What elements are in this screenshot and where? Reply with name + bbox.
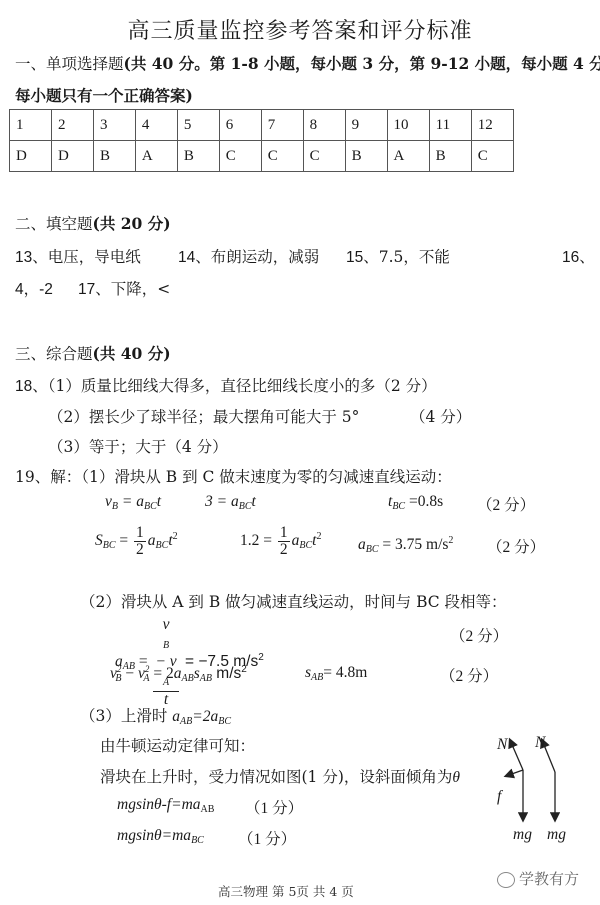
section1-heading-prefix: 一、单项选择题 (15, 55, 124, 73)
eq-symbol: a (148, 532, 156, 549)
answer-cell: D (51, 141, 93, 172)
question-number: 2 (51, 110, 93, 141)
answer-cell: B (177, 141, 219, 172)
eq-symbol: S (95, 532, 103, 549)
fill-item-16-number: 16、 (562, 245, 595, 267)
section1-heading: 一、单项选择题(共 40 分。第 1-8 小题，每小题 3 分，第 9-12 小… (15, 52, 600, 74)
q19-part3: （3）上滑时 aAB=2aBC (80, 704, 231, 727)
wechat-icon (497, 872, 515, 888)
item-answer: 电压，导电纸 (48, 248, 141, 266)
question-number: 4 (135, 110, 177, 141)
question-number: 7 (261, 110, 303, 141)
question-number: 11 (429, 110, 471, 141)
force-diagram: N N f mg mg (480, 730, 590, 845)
eq-symbol: v (155, 617, 176, 633)
eq-value: = 4.8m (323, 664, 367, 681)
q19-p1-score2: （2 分） (487, 535, 545, 557)
force-text: 滑块在上升时，受力情况如图(1 分)，设斜面倾角为 (100, 768, 452, 786)
q19-eq1: mgsinθ-f=maAB (117, 796, 214, 815)
fraction-denominator: 2 (278, 542, 290, 558)
gravity-label: mg (513, 826, 532, 844)
q19-eq-tbc: tBC =0.8s (388, 493, 443, 512)
eq-sub: BC (103, 540, 116, 551)
eq-sub: BC (218, 716, 231, 727)
answer-table: 1 2 3 4 5 6 7 8 9 10 11 12 D D B A B C C… (9, 109, 514, 172)
eq-symbol: = a (118, 493, 144, 510)
section2-heading: 二、填空题(共 20 分) (15, 212, 171, 234)
q18-part2: （2）摆长少了球半径；最大摆角可能大于 5° (48, 405, 359, 427)
question-number: 10 (387, 110, 429, 141)
eq-symbol: t (252, 493, 256, 510)
friction-label: f (497, 788, 501, 806)
item-answer: 布朗运动，减弱 (211, 248, 320, 266)
eq-sub: B (163, 640, 169, 651)
eq-operator: = (116, 532, 133, 549)
fraction-numerator: 1 (134, 525, 146, 542)
eq-sup: 2 (316, 531, 321, 542)
q18-part3: （3）等于；大于（4 分） (48, 435, 228, 457)
q19-intro: 19、解：（1）滑块从 B 到 C 做末速度为零的匀减速直线运动： (15, 465, 452, 487)
question-number: 3 (93, 110, 135, 141)
fraction-half: 12 (278, 525, 290, 558)
eq-sup: 2 (173, 531, 178, 542)
question-number: 6 (219, 110, 261, 141)
answer-table-answers-row: D D B A B C C C B A B C (10, 141, 514, 172)
eq-sub: BC (392, 501, 405, 512)
eq-sup: 2 (448, 535, 453, 546)
eq-sub: BC (191, 835, 204, 846)
eq-sub: AB (180, 716, 192, 727)
q18-part1-text: （1）质量比细线大得多，直径比细线长度小的多（2 分） (48, 377, 437, 395)
item-answer: 7.5，不能 (379, 248, 450, 266)
section3-heading: 三、综合题(共 40 分) (15, 342, 171, 364)
section2-heading-prefix: 二、填空题 (15, 215, 93, 233)
fraction-velocity: vB − vAt (153, 617, 178, 708)
eq-value: = 3.75 m/s (379, 536, 449, 553)
page-title: 高三质量监控参考答案和评分标准 (0, 14, 600, 45)
normal-force-label: N (497, 736, 507, 754)
question-number: 9 (345, 110, 387, 141)
q19-eq-sbc: SBC = 12aBCt2 (95, 525, 178, 558)
eq-sub: BC (239, 501, 252, 512)
q19-eq2: mgsinθ=maBC (117, 827, 204, 846)
page-footer: 高三物理 第 5页 共 4 页 (218, 882, 354, 900)
gravity-label: mg (547, 826, 566, 844)
q19-force-line: 滑块在上升时，受力情况如图(1 分)，设斜面倾角为θ (100, 765, 460, 787)
question-number: 8 (303, 110, 345, 141)
answer-cell: B (345, 141, 387, 172)
eq-sub: BC (299, 540, 312, 551)
eq-value: 1.2 = (240, 532, 276, 549)
q19-eq-vb: vB = aBCt (105, 493, 161, 512)
eq-symbol: =2a (192, 708, 218, 725)
answer-cell: B (429, 141, 471, 172)
section3-heading-detail: (共 40 分) (93, 344, 171, 363)
answer-cell: C (219, 141, 261, 172)
eq-sub: AB (201, 804, 215, 815)
eq-symbol: a (172, 708, 180, 725)
answer-cell: A (135, 141, 177, 172)
q19-part2-intro: （2）滑块从 A 到 B 做匀减速直线运动，时间与 BC 段相等： (80, 590, 507, 612)
eq-value: =0.8s (405, 493, 443, 510)
eq-symbol: t (157, 493, 161, 510)
item-number: 14、 (178, 249, 211, 266)
watermark: 学教有方 (497, 868, 579, 889)
eq-sup: 2 (258, 652, 264, 663)
q19-newton-line: 由牛顿运动定律可知： (100, 734, 255, 756)
eq-symbol: v (105, 493, 112, 510)
question-number: 1 (10, 110, 52, 141)
part3-label: （3）上滑时 (80, 707, 172, 725)
q19-sab: sAB= 4.8m (305, 664, 367, 683)
q19-eq-abc: aBC = 3.75 m/s2 (358, 535, 453, 555)
eq-sub: BC (156, 540, 169, 551)
fraction-numerator: 1 (278, 525, 290, 542)
q19-eq-aab: aAB = vB − vAt = −7.5 m/s2 (115, 617, 264, 708)
q18-part1: 18、（1）质量比细线大得多，直径比细线长度小的多（2 分） (15, 374, 437, 396)
q19-p2-score1: （2 分） (450, 624, 508, 646)
item-number: 17、 (78, 281, 111, 298)
fill-item-14: 14、布朗运动，减弱 (178, 245, 319, 267)
normal-force-label: N (535, 734, 545, 752)
section1-heading-line2: 每小题只有一个正确答案) (15, 84, 193, 106)
section3-heading-prefix: 三、综合题 (15, 345, 93, 363)
fill-item-15: 15、7.5，不能 (346, 245, 450, 267)
q18-number: 18、 (15, 378, 48, 395)
fraction-denominator: 2 (134, 542, 146, 558)
q19-eq2-score: （1 分） (238, 827, 296, 849)
eq-text: mgsinθ=ma (117, 827, 191, 844)
eq-sub: BC (144, 501, 157, 512)
eq-sub: AB (311, 672, 323, 683)
fill-item-13: 13、电压，导电纸 (15, 245, 141, 267)
question-number: 5 (177, 110, 219, 141)
item-number: 13、 (15, 249, 48, 266)
q19-p1-score1: （2 分） (477, 493, 535, 515)
eq-symbol: a (358, 536, 366, 553)
q19-eq-3: 3 = aBCt (205, 493, 256, 512)
fraction-half: 12 (134, 525, 146, 558)
section2-heading-detail: (共 20 分) (93, 214, 171, 233)
eq-symbol: 3 = a (205, 493, 239, 510)
answer-cell: A (387, 141, 429, 172)
fill-item-16-answer: 4，-2 (15, 277, 53, 299)
question-number: 12 (471, 110, 513, 141)
fill-item-17: 17、下降，< (78, 277, 170, 299)
item-answer: 下降，< (111, 280, 171, 298)
answer-cell: D (10, 141, 52, 172)
eq-sub: BC (366, 544, 379, 555)
watermark-text: 学教有方 (519, 870, 579, 888)
answer-cell: C (303, 141, 345, 172)
eq-text: mgsinθ-f=ma (117, 796, 201, 813)
q19-p2-score2: （2 分） (440, 664, 498, 686)
q19-eq-v2: v2B − v2A = 2aABsAB m/s2 (110, 664, 247, 684)
q19-eq1-score: （1 分） (245, 796, 303, 818)
q18-part2-score: （4 分） (410, 405, 471, 427)
answer-cell: C (261, 141, 303, 172)
answer-cell: B (93, 141, 135, 172)
answer-table-numbers-row: 1 2 3 4 5 6 7 8 9 10 11 12 (10, 110, 514, 141)
q19-eq-1p2: 1.2 = 12aBCt2 (240, 525, 321, 558)
item-number: 15、 (346, 249, 379, 266)
section1-heading-detail: (共 40 分。第 1-8 小题，每小题 3 分，第 9-12 小题，每小题 4… (124, 54, 600, 73)
answer-cell: C (471, 141, 513, 172)
theta-symbol: θ (452, 769, 460, 786)
